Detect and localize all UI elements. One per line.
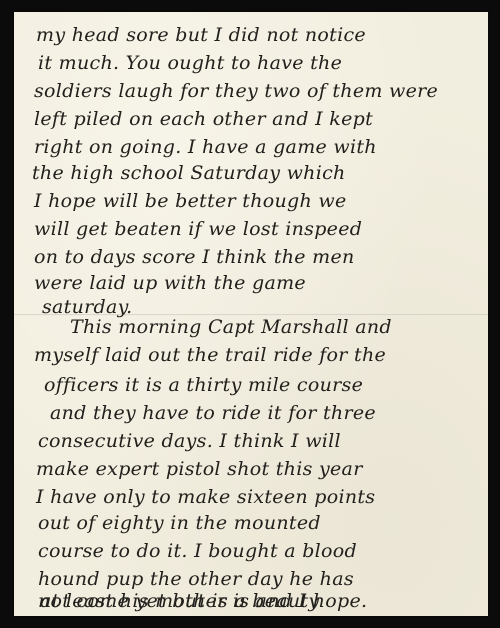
letter-line: officers it is a thirty mile course: [44, 374, 363, 396]
letter-line: on to days score I think the men: [34, 246, 355, 268]
letter-line: the high school Saturday which: [32, 162, 346, 184]
letter-line: This morning Capt Marshall and: [70, 316, 392, 338]
letter-line: at least his mother is and I hope.: [40, 590, 367, 612]
letter-line: it much. You ought to have the: [38, 52, 342, 74]
scan-frame: my head sore but I did not notice it muc…: [0, 0, 500, 628]
letter-line: soldiers laugh for they two of them were: [34, 80, 438, 102]
letter-line: hound pup the other day he has: [38, 568, 354, 590]
letter-line: course to do it. I bought a blood: [38, 540, 357, 562]
letter-line: make expert pistol shot this year: [36, 458, 363, 480]
letter-line: I have only to make sixteen points: [36, 486, 375, 508]
letter-line: saturday.: [42, 296, 132, 318]
letter-page: my head sore but I did not notice it muc…: [14, 12, 488, 616]
letter-line: and they have to ride it for three: [50, 402, 376, 424]
letter-line: right on going. I have a game with: [34, 136, 377, 158]
letter-line: will get beaten if we lost inspeed: [34, 218, 362, 240]
letter-line: consecutive days. I think I will: [38, 430, 341, 452]
letter-line: out of eighty in the mounted: [38, 512, 321, 534]
letter-line: left piled on each other and I kept: [34, 108, 373, 130]
letter-line: were laid up with the game: [34, 272, 306, 294]
letter-body: my head sore but I did not notice it muc…: [14, 12, 488, 616]
letter-line: my head sore but I did not notice: [36, 24, 366, 46]
letter-line: I hope will be better though we: [34, 190, 346, 212]
letter-line: myself laid out the trail ride for the: [34, 344, 386, 366]
